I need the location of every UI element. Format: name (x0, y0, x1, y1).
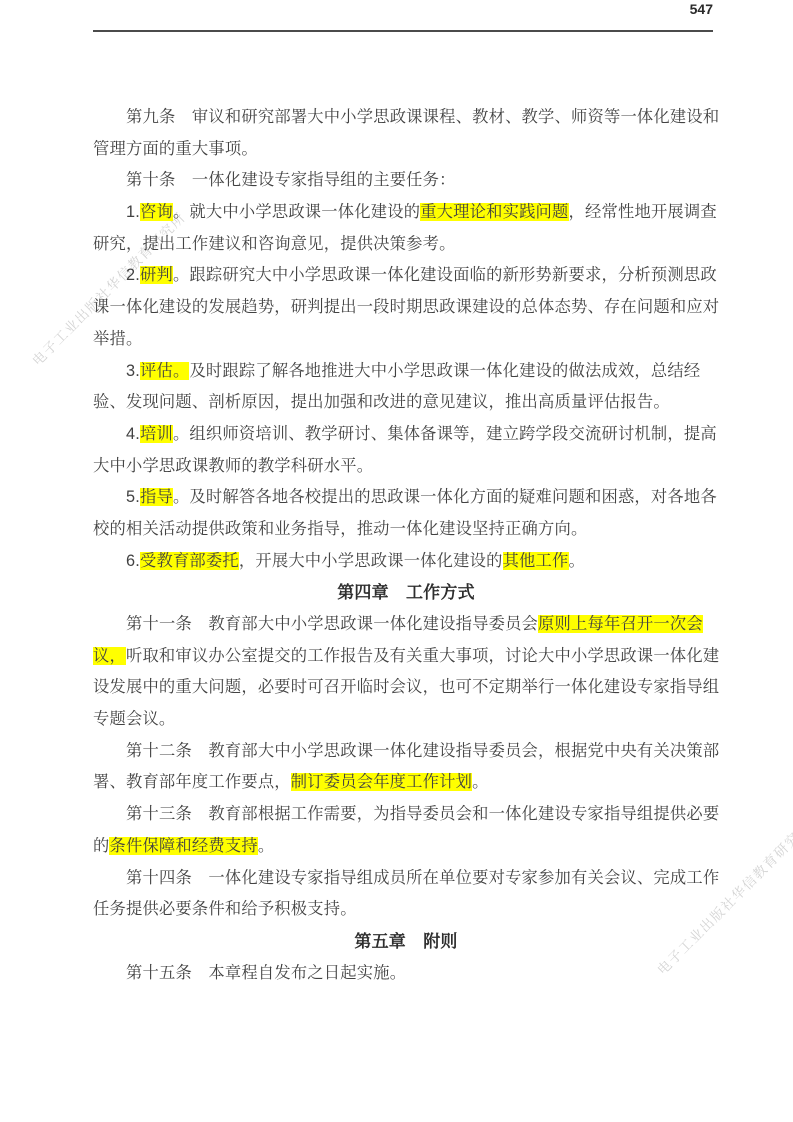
chapter-heading: 第四章 工作方式 (93, 577, 719, 609)
text-segment: 第十五条 本章程自发布之日起实施。 (126, 964, 406, 982)
document-page: 547 电子工业出版社华信教育研究所 电子工业出版社华信教育研究所 第九条 审议… (0, 0, 793, 1122)
text-segment: 设发展中的重大问题，必要时可召开临时会议，也可不定期举行一体化建设专家指导组 (93, 678, 719, 696)
text-line: 署、教育部年度工作要点，制订委员会年度工作计划。 (93, 767, 719, 799)
text-segment: 。 (472, 773, 488, 791)
text-line: 第十三条 教育部根据工作需要，为指导委员会和一体化建设专家指导组提供必要 (93, 799, 719, 831)
highlighted-text: 咨询 (140, 203, 173, 221)
text-segment: 第十四条 一体化建设专家指导组成员所在单位要对专家参加有关会议、完成工作 (126, 869, 719, 887)
text-segment: 研究，提出工作建议和咨询意见，提供决策参考。 (93, 235, 456, 253)
text-segment: 署、教育部年度工作要点， (93, 773, 291, 791)
text-segment: 及时跟踪了解各地推进大中小学思政课一体化建设的做法成效，总结经 (189, 362, 700, 380)
text-segment: 1. (126, 203, 140, 221)
highlighted-text: 其他工作 (503, 552, 569, 570)
text-line: 第九条 审议和研究部署大中小学思政课课程、教材、教学、师资等一体化建设和 (93, 102, 719, 134)
text-line: 议，听取和审议办公室提交的工作报告及有关重大事项，讨论大中小学思政课一体化建 (93, 641, 719, 673)
text-line: 大中小学思政课教师的教学科研水平。 (93, 451, 719, 483)
highlighted-text: 条件保障和经费支持 (109, 837, 257, 855)
highlighted-text: 制订委员会年度工作计划 (291, 773, 472, 791)
text-segment: 第五章 附则 (354, 932, 457, 951)
text-segment: 的 (93, 837, 109, 855)
text-segment: 。跟踪研究大中小学思政课一体化建设面临的新形势新要求，分析预测思政 (173, 266, 717, 284)
text-segment: 。组织师资培训、教学研讨、集体备课等，建立跨学段交流研讨机制，提高 (173, 425, 717, 443)
text-segment: 验、发现问题、剖析原因，提出加强和改进的意见建议，推出高质量评估报告。 (93, 393, 670, 411)
text-line: 3.评估。及时跟踪了解各地推进大中小学思政课一体化建设的做法成效，总结经 (93, 356, 719, 388)
text-line: 管理方面的重大事项。 (93, 134, 719, 166)
highlighted-text: 原则上每年召开一次会 (538, 615, 703, 633)
text-line: 6.受教育部委托，开展大中小学思政课一体化建设的其他工作。 (93, 546, 719, 578)
header-rule (93, 30, 713, 32)
text-segment: 4. (126, 425, 140, 443)
text-segment: 2. (126, 266, 140, 284)
highlighted-text: 评估。 (140, 362, 189, 380)
text-line: 5.指导。及时解答各地各校提出的思政课一体化方面的疑难问题和困惑，对各地各 (93, 482, 719, 514)
text-segment: 任务提供必要条件和给予积极支持。 (93, 900, 357, 918)
document-content: 第九条 审议和研究部署大中小学思政课课程、教材、教学、师资等一体化建设和管理方面… (93, 102, 719, 989)
text-segment: 第十一条 教育部大中小学思政课一体化建设指导委员会 (126, 615, 538, 633)
text-segment: 第十条 一体化建设专家指导组的主要任务： (126, 171, 456, 189)
text-line: 任务提供必要条件和给予积极支持。 (93, 894, 719, 926)
highlighted-text: 指导 (140, 488, 173, 506)
text-line: 举措。 (93, 324, 719, 356)
chapter-heading: 第五章 附则 (93, 926, 719, 958)
highlighted-text: 研判 (140, 266, 173, 284)
text-line: 第十四条 一体化建设专家指导组成员所在单位要对专家参加有关会议、完成工作 (93, 863, 719, 895)
text-line: 第十五条 本章程自发布之日起实施。 (93, 958, 719, 990)
text-segment: 。 (569, 552, 585, 570)
text-segment: 。就大中小学思政课一体化建设的 (173, 203, 420, 221)
text-segment: ，经常性地开展调查 (569, 203, 717, 221)
text-segment: 5. (126, 488, 140, 506)
highlighted-text: 议， (93, 647, 126, 665)
text-line: 第十一条 教育部大中小学思政课一体化建设指导委员会原则上每年召开一次会 (93, 609, 719, 641)
text-line: 第十条 一体化建设专家指导组的主要任务： (93, 165, 719, 197)
highlighted-text: 培训 (140, 425, 173, 443)
text-line: 的条件保障和经费支持。 (93, 831, 719, 863)
text-segment: 第九条 审议和研究部署大中小学思政课课程、教材、教学、师资等一体化建设和 (126, 108, 719, 126)
text-segment: 管理方面的重大事项。 (93, 140, 258, 158)
text-segment: 第四章 工作方式 (337, 583, 475, 602)
text-line: 课一体化建设的发展趋势，研判提出一段时期思政课建设的总体态势、存在问题和应对 (93, 292, 719, 324)
text-line: 研究，提出工作建议和咨询意见，提供决策参考。 (93, 229, 719, 261)
text-segment: ，开展大中小学思政课一体化建设的 (239, 552, 503, 570)
text-line: 2.研判。跟踪研究大中小学思政课一体化建设面临的新形势新要求，分析预测思政 (93, 260, 719, 292)
page-number: 547 (93, 1, 713, 17)
highlighted-text: 重大理论和实践问题 (420, 203, 568, 221)
text-line: 第十二条 教育部大中小学思政课一体化建设指导委员会，根据党中央有关决策部 (93, 736, 719, 768)
highlighted-text: 受教育部委托 (140, 552, 239, 570)
text-segment: 。及时解答各地各校提出的思政课一体化方面的疑难问题和困惑，对各地各 (173, 488, 717, 506)
text-segment: 。 (258, 837, 274, 855)
text-segment: 听取和审议办公室提交的工作报告及有关重大事项，讨论大中小学思政课一体化建 (126, 647, 719, 665)
text-segment: 第十二条 教育部大中小学思政课一体化建设指导委员会，根据党中央有关决策部 (126, 742, 719, 760)
text-segment: 6. (126, 552, 140, 570)
text-segment: 3. (126, 362, 140, 380)
text-line: 4.培训。组织师资培训、教学研讨、集体备课等，建立跨学段交流研讨机制，提高 (93, 419, 719, 451)
text-segment: 校的相关活动提供政策和业务指导，推动一体化建设坚持正确方向。 (93, 520, 587, 538)
text-line: 专题会议。 (93, 704, 719, 736)
text-line: 校的相关活动提供政策和业务指导，推动一体化建设坚持正确方向。 (93, 514, 719, 546)
text-line: 验、发现问题、剖析原因，提出加强和改进的意见建议，推出高质量评估报告。 (93, 387, 719, 419)
text-segment: 举措。 (93, 330, 142, 348)
text-line: 设发展中的重大问题，必要时可召开临时会议，也可不定期举行一体化建设专家指导组 (93, 672, 719, 704)
text-segment: 第十三条 教育部根据工作需要，为指导委员会和一体化建设专家指导组提供必要 (126, 805, 719, 823)
text-segment: 专题会议。 (93, 710, 175, 728)
text-segment: 大中小学思政课教师的教学科研水平。 (93, 457, 373, 475)
text-segment: 课一体化建设的发展趋势，研判提出一段时期思政课建设的总体态势、存在问题和应对 (93, 298, 719, 316)
text-line: 1.咨询。就大中小学思政课一体化建设的重大理论和实践问题，经常性地开展调查 (93, 197, 719, 229)
